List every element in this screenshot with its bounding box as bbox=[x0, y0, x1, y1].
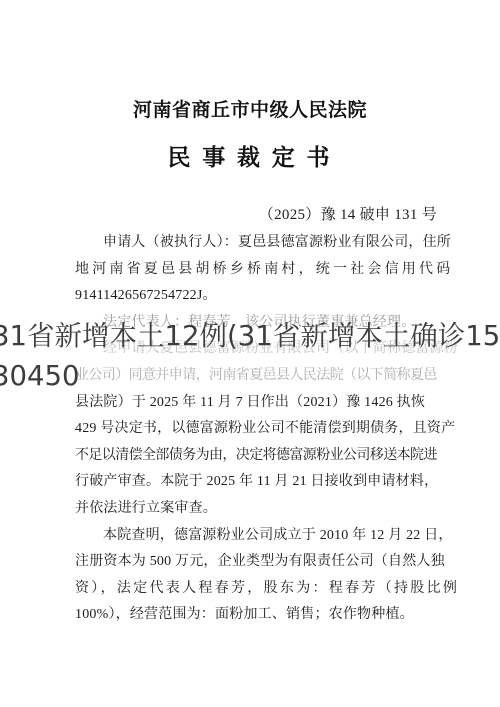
document-type-heading: 民 事 裁 定 书 bbox=[0, 139, 500, 172]
doc-line: 申请人（被执行人）：夏邑县德富源粉业有限公司，住所 bbox=[75, 230, 465, 257]
watermark-headline: 31省新增本土12例(31省新增本土确诊15例)_ 30450 bbox=[0, 317, 500, 396]
doc-line: 100%），经营范围为：面粉加工、销售；农作物种植。 bbox=[75, 602, 465, 629]
court-name-heading: 河南省商丘市中级人民法院 bbox=[0, 95, 500, 122]
watermark-headline-line1: 31省新增本土12例(31省新增本土确诊15例)_ bbox=[0, 317, 500, 357]
doc-line: 地河南省夏邑县胡桥乡桥南村，统一社会信用代码 bbox=[75, 257, 465, 284]
doc-line: 不足以清偿全部债务为由，决定将德富源粉业公司移送本院进 bbox=[75, 443, 465, 470]
doc-line: 并依法进行立案审查。 bbox=[75, 496, 465, 523]
doc-line: 91411426567254722J。 bbox=[75, 283, 465, 310]
doc-line: 本院查明，德富源粉业公司成立于 2010 年 12 月 22 日， bbox=[75, 523, 465, 550]
document-body: 申请人（被执行人）：夏邑县德富源粉业有限公司，住所 地河南省夏邑县胡桥乡桥南村，… bbox=[75, 230, 465, 629]
case-number: （2025）豫 14 破申 131 号 bbox=[75, 203, 437, 224]
watermark-headline-line2: 30450 bbox=[0, 357, 500, 397]
doc-line: 行破产审查。本院于 2025 年 11 月 21 日接收到申请材料， bbox=[75, 469, 465, 496]
doc-line: 资），法定代表人程春芳，股东为：程春芳（持股比例 bbox=[75, 576, 465, 603]
court-document-page: 河南省商丘市中级人民法院 民 事 裁 定 书 （2025）豫 14 破申 131… bbox=[0, 0, 500, 707]
doc-line: 429 号决定书，以德富源粉业公司不能清偿到期债务，且资产 bbox=[75, 416, 465, 443]
doc-line: 注册资本为 500 万元，企业类型为有限责任公司（自然人独 bbox=[75, 549, 465, 576]
